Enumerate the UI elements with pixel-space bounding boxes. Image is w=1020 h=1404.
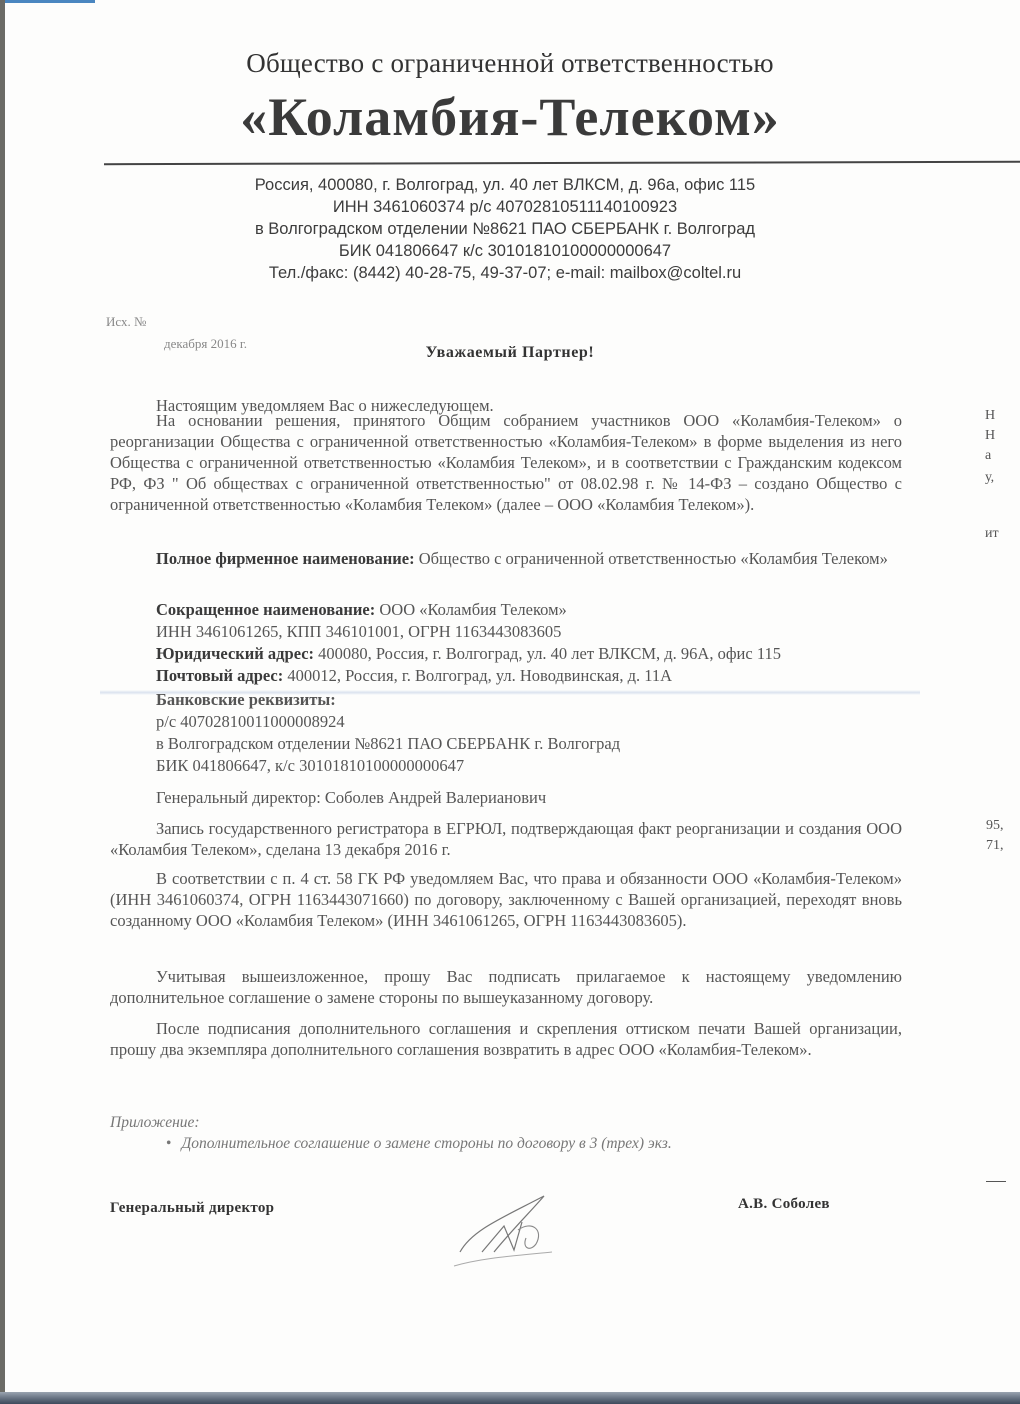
- paragraph-request: Учитывая вышеизложенное, прошу Вас подпи…: [110, 966, 902, 1008]
- letterhead-subtitle: Общество с ограниченной ответственностью: [0, 48, 1020, 79]
- scan-edge-top: [5, 0, 95, 3]
- paragraph-registry-text: Запись государственного регистратора в Е…: [110, 819, 902, 859]
- bank-details-label: Банковские реквизиты:: [156, 690, 336, 710]
- letterhead-address: Россия, 400080, г. Волгоград, ул. 40 лет…: [0, 176, 1010, 195]
- paragraph-reorganization: На основании решения, принятого Общим со…: [110, 410, 902, 515]
- margin-fragment: 71,: [986, 838, 1004, 854]
- postal-address-label: Почтовый адрес:: [156, 666, 283, 685]
- bank-account: р/с 40702810011000008924: [156, 712, 345, 732]
- signatory-name: А.В. Соболев: [738, 1196, 830, 1213]
- attachment-item: •Дополнительное соглашение о замене стор…: [166, 1135, 672, 1153]
- letterhead-company-name: «Коламбия-Телеком»: [0, 86, 1020, 148]
- letterhead-inn-account: ИНН 3461060374 р/с 40702810511140100923: [0, 198, 1010, 217]
- outgoing-number-label: Исх. №: [106, 314, 146, 330]
- paragraph-return: После подписания дополнительного соглаше…: [110, 1018, 902, 1060]
- margin-fragment: Н: [985, 408, 995, 424]
- margin-dash: [986, 1181, 1006, 1182]
- paragraph-reorganization-text: На основании решения, принятого Общим со…: [110, 411, 902, 514]
- director-line: Генеральный директор: Соболев Андрей Вал…: [156, 788, 546, 808]
- full-name-block: Полное фирменное наименование: Общество …: [110, 548, 902, 569]
- bullet-icon: •: [166, 1135, 171, 1152]
- letterhead-contacts: Тел./факс: (8442) 40-28-75, 49-37-07; e-…: [0, 264, 1010, 283]
- bank-bik: БИК 041806647, к/с 30101810100000000647: [156, 756, 464, 776]
- full-name-value: Общество с ограниченной ответственностью…: [419, 549, 888, 568]
- short-name-line: Сокращенное наименование: ООО «Коламбия …: [156, 600, 567, 620]
- bank-branch: в Волгоградском отделении №8621 ПАО СБЕР…: [156, 734, 620, 754]
- company-ids: ИНН 3461061265, КПП 346101001, ОГРН 1163…: [156, 622, 561, 642]
- legal-address-label: Юридический адрес:: [156, 644, 314, 663]
- paragraph-registry: Запись государственного регистратора в Е…: [110, 818, 902, 860]
- short-name-value: ООО «Коламбия Телеком»: [379, 600, 566, 619]
- attachment-item-text: Дополнительное соглашение о замене сторо…: [181, 1135, 671, 1152]
- paragraph-rights-transfer: В соответствии с п. 4 ст. 58 ГК РФ уведо…: [110, 868, 902, 931]
- signature-position: Генеральный директор: [110, 1200, 274, 1217]
- margin-fragment: а: [985, 448, 991, 464]
- greeting: Уважаемый Партнер!: [0, 344, 1020, 362]
- handwritten-signature-icon: [452, 1190, 572, 1275]
- margin-fragment: 95,: [986, 818, 1004, 834]
- paragraph-request-text: Учитывая вышеизложенное, прошу Вас подпи…: [110, 967, 902, 1007]
- scan-edge-bottom: [0, 1392, 1020, 1404]
- letterhead-bank: в Волгоградском отделении №8621 ПАО СБЕР…: [0, 220, 1010, 239]
- letterhead-divider: [104, 161, 1020, 165]
- letterhead-bik: БИК 041806647 к/с 30101810100000000647: [0, 242, 1010, 261]
- paragraph-return-text: После подписания дополнительного соглаше…: [110, 1019, 902, 1059]
- short-name-label: Сокращенное наименование:: [156, 600, 375, 619]
- margin-fragment: ит: [985, 526, 999, 542]
- postal-address-line: Почтовый адрес: 400012, Россия, г. Волго…: [156, 666, 672, 686]
- full-name-label: Полное фирменное наименование:: [156, 549, 415, 568]
- attachment-label: Приложение:: [110, 1114, 200, 1132]
- margin-fragment: Н: [985, 428, 995, 444]
- legal-address-line: Юридический адрес: 400080, Россия, г. Во…: [156, 644, 781, 664]
- paragraph-rights-transfer-text: В соответствии с п. 4 ст. 58 ГК РФ уведо…: [110, 869, 902, 930]
- legal-address-value: 400080, Россия, г. Волгоград, ул. 40 лет…: [318, 644, 781, 663]
- postal-address-value: 400012, Россия, г. Волгоград, ул. Новодв…: [287, 666, 672, 685]
- margin-fragment: у,: [985, 470, 994, 486]
